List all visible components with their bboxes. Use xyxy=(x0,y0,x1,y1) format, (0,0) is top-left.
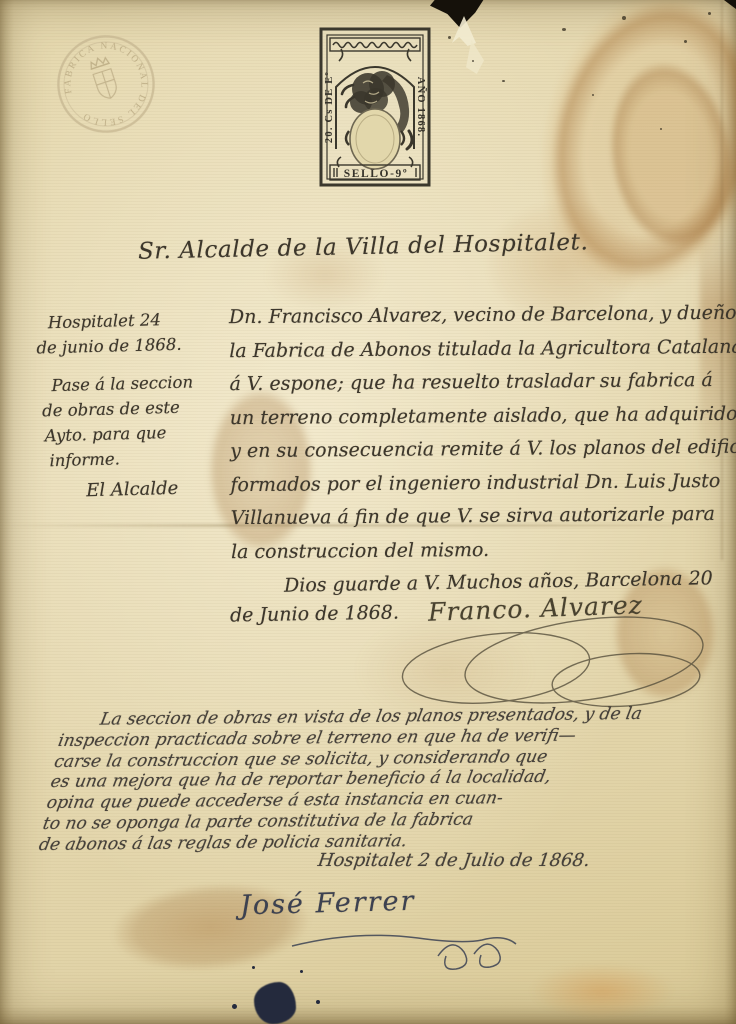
manuscript-page: FABRICA NACIONAL DEL SELLO xyxy=(0,0,736,1024)
signature-jose-ferrer: José Ferrer xyxy=(240,886,416,922)
ink-speck xyxy=(708,12,711,15)
ink-speck xyxy=(502,80,505,82)
stamp-blank-oval xyxy=(350,109,400,169)
ink-blot-dot xyxy=(282,1016,286,1020)
body-line: la construccion del mismo. xyxy=(231,531,731,569)
ink-speck xyxy=(684,40,687,43)
signature-flourish xyxy=(378,608,712,714)
ink-blot-dot xyxy=(316,1000,320,1004)
margin-note-line: de junio de 1868. xyxy=(36,331,227,361)
ink-blot-dot xyxy=(232,1004,237,1009)
signature-flourish xyxy=(288,924,522,972)
margin-note: Hospitalet 24 de junio de 1868. Pase á l… xyxy=(35,306,230,505)
ink-speck xyxy=(448,36,451,39)
ink-speck xyxy=(592,94,594,96)
ink-speck xyxy=(472,60,474,62)
crown-icon xyxy=(89,55,109,69)
ink-speck xyxy=(622,16,626,20)
letter-body: Dn. Francisco Alvarez, vecino de Barcelo… xyxy=(229,297,731,569)
body-line: un terreno completamente aislado, que ha… xyxy=(230,397,730,435)
ink-speck xyxy=(660,128,662,130)
margin-note-line: El Alcalde xyxy=(86,474,231,503)
stamp-left-text: 20. Cs DE Eº xyxy=(324,71,335,143)
margin-note-line: informe. xyxy=(49,443,230,473)
report-date-line: Hospitalet 2 de Julio de 1868. xyxy=(317,850,592,871)
body-line: formados por el ingeniero industrial Dn.… xyxy=(230,464,730,502)
stamp-right-text: AÑO 1868. xyxy=(415,77,427,137)
body-line: y en su consecuencia remite á V. los pla… xyxy=(230,431,730,469)
revenue-stamp: 20. Cs DE Eº AÑO 1868. SELLO-9º xyxy=(319,27,431,187)
ink-blot-dot xyxy=(252,966,255,969)
body-line: la Fabrica de Abonos titulada la Agricul… xyxy=(229,330,729,368)
report-paragraph: La seccion de obras en vista de los plan… xyxy=(37,703,710,855)
body-line: Villanueva á fin de que V. se sirva auto… xyxy=(231,498,731,536)
stamp-bottom-text: SELLO-9º xyxy=(344,168,409,180)
coat-of-arms-icon xyxy=(93,69,119,101)
closing-line: de Junio de 1868. xyxy=(230,602,399,627)
body-line: Dn. Francisco Alvarez, vecino de Barcelo… xyxy=(229,297,729,335)
ink-speck xyxy=(562,28,566,31)
body-line: á V. espone; que ha resuelto trasladar s… xyxy=(229,364,729,402)
